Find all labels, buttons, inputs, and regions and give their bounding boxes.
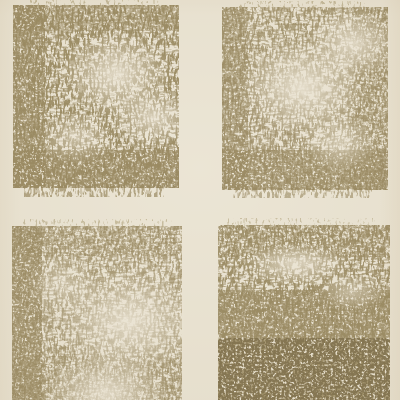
texture-layer: [12, 226, 182, 256]
texture-layer: [13, 5, 179, 31]
texture-fringe: [24, 186, 164, 197]
texture-layer: [222, 150, 388, 190]
texture-fringe: [30, 0, 160, 8]
texture-fringe: [235, 1, 365, 10]
texture-tile-bottom-left: [12, 219, 182, 400]
texture-fringe: [232, 188, 372, 198]
texture-tile-bottom-right: [218, 218, 390, 400]
texture-tile-top-left: [13, 0, 179, 197]
wallpaper-swatch: [0, 0, 400, 400]
texture-layer: [13, 150, 179, 188]
texture-tile-top-right: [222, 1, 388, 198]
texture-fringe: [226, 218, 376, 228]
texture-layer: [12, 356, 182, 400]
texture-layer: [218, 338, 390, 400]
texture-layer: [218, 225, 390, 257]
woven-texture-canvas: [0, 0, 400, 400]
texture-fringe: [22, 219, 172, 229]
